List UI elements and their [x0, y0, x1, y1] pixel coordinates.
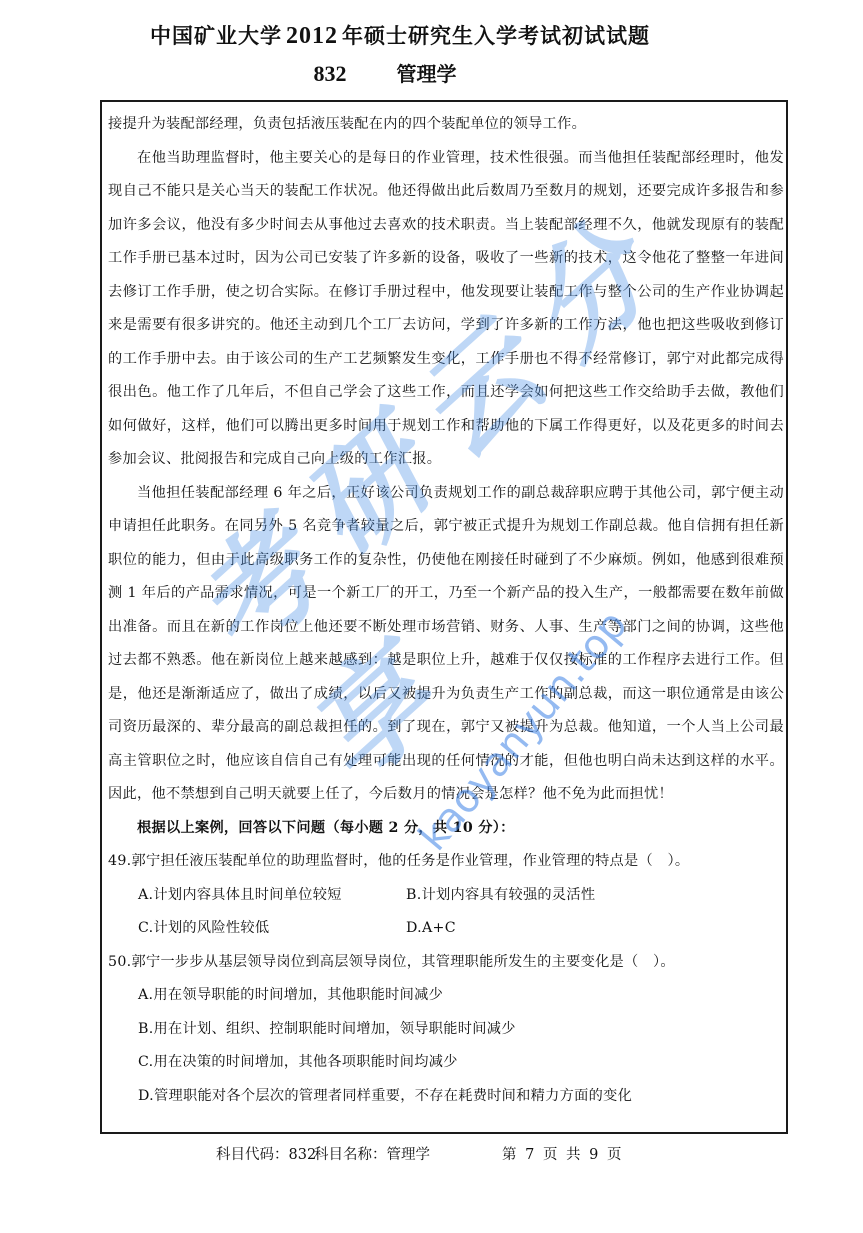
question-instructions: 根据以上案例，回答以下问题（每小题 2 分，共 10 分）： [108, 812, 784, 846]
question-50-stem: 50.郭宁一步步从基层领导岗位到高层领导岗位，其管理职能所发生的主要变化是（ ）… [108, 946, 784, 980]
option-a: A.计划内容具体且时间单位较短 [138, 879, 406, 913]
title-suffix: 年硕士研究生入学考试初试试题 [342, 23, 650, 48]
case-paragraph-continued: 接提升为装配部经理，负责包括液压装配在内的四个装配单位的领导工作。 [108, 108, 784, 142]
option-c: C.计划的风险性较低 [138, 912, 406, 946]
option-b: B.计划内容具有较强的灵活性 [406, 879, 674, 913]
option-b: B.用在计划、组织、控制职能时间增加，领导职能时间减少 [108, 1013, 784, 1047]
case-paragraph: 在他当助理监督时，他主要关心的是每日的作业管理，技术性很强。而当他担任装配部经理… [108, 142, 784, 477]
subject-name: 管理学 [397, 62, 457, 86]
exam-subtitle: 832管理学 [0, 58, 770, 87]
question-49-options-row-1: A.计划内容具体且时间单位较短 B.计划内容具有较强的灵活性 [108, 879, 784, 913]
option-d: D.A+C [406, 912, 674, 946]
title-university: 中国矿业大学 [150, 23, 282, 48]
footer-subject-name: 科目名称：管理学 [314, 1143, 430, 1164]
footer-page-number: 第 7 页 共 9 页 [502, 1143, 622, 1164]
exam-title: 中国矿业大学2012年硕士研究生入学考试初试试题 [0, 20, 800, 50]
exam-content: 接提升为装配部经理，负责包括液压装配在内的四个装配单位的领导工作。 在他当助理监… [108, 108, 784, 1113]
question-49-options-row-2: C.计划的风险性较低 D.A+C [108, 912, 784, 946]
footer-subject-code: 科目代码：832 [216, 1143, 316, 1164]
option-d: D.管理职能对各个层次的管理者同样重要，不存在耗费时间和精力方面的变化 [108, 1080, 784, 1114]
case-paragraph: 当他担任装配部经理 6 年之后，正好该公司负责规划工作的副总裁辞职应聘于其他公司… [108, 477, 784, 812]
option-c: C.用在决策的时间增加，其他各项职能时间均减少 [108, 1046, 784, 1080]
subject-code: 832 [314, 61, 347, 86]
title-year: 2012 [286, 23, 338, 49]
option-a: A.用在领导职能的时间增加，其他职能时间减少 [108, 979, 784, 1013]
question-49-stem: 49.郭宁担任液压装配单位的助理监督时，他的任务是作业管理，作业管理的特点是（ … [108, 845, 784, 879]
